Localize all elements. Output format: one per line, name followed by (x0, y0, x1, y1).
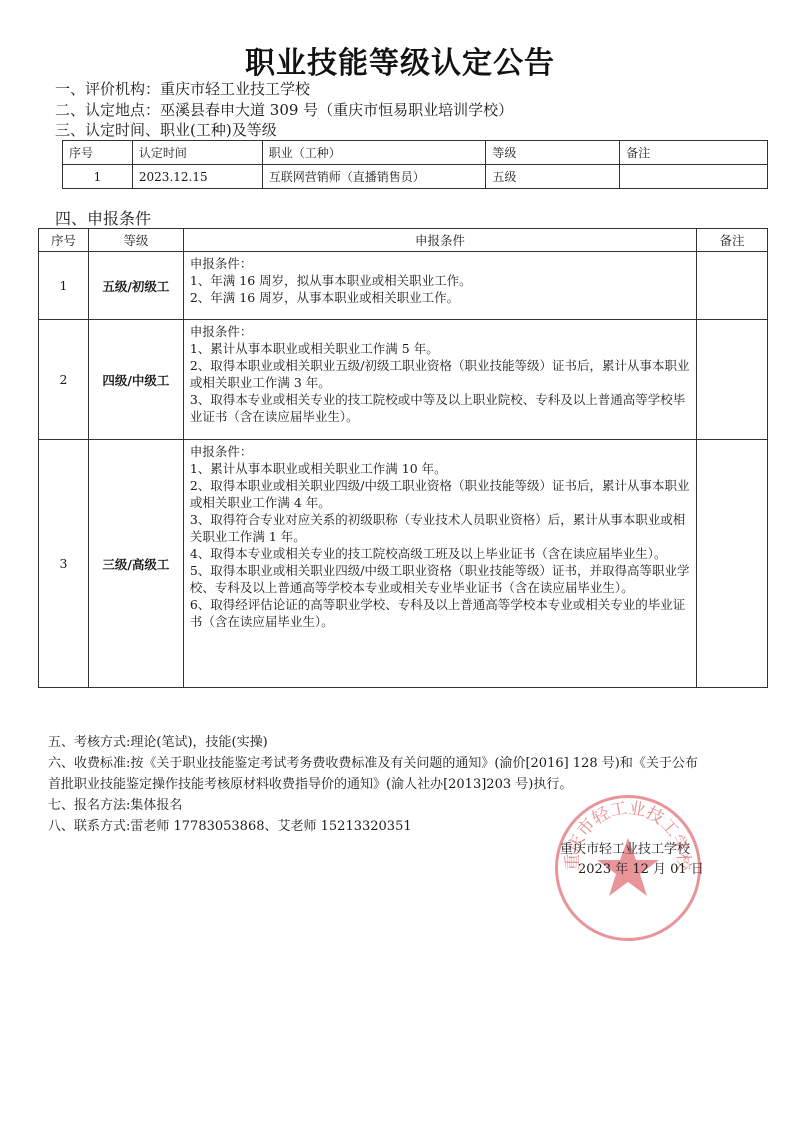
requirements-table: 序号 等级 申报条件 备注 1 五级/初级工 申报条件： 1、年满 16 周岁，… (38, 228, 768, 688)
cell-level: 三级/高级工 (88, 440, 183, 688)
cell-note (620, 165, 768, 189)
table-row: 1 2023.12.15 互联网营销师（直播销售员） 五级 (63, 165, 768, 189)
table-row: 1 五级/初级工 申报条件： 1、年满 16 周岁，拟从事本职业或相关职业工作。… (39, 252, 768, 320)
signature-org: 重庆市轻工业技工学校 (560, 838, 690, 857)
requirement-item: 3、取得符合专业对应关系的初级职称（专业技术人员职业资格）后，累计从事本职业或相… (190, 511, 690, 545)
requirement-item: 2、年满 16 周岁，从事本职业或相关职业工作。 (190, 289, 690, 306)
header-occupation: 职业（工种） (262, 141, 486, 165)
requirement-item: 5、取得本职业或相关职业四级/中级工职业资格（职业技能等级）证书，并取得高等职业… (190, 562, 690, 596)
cell-date: 2023.12.15 (132, 165, 262, 189)
section-registration: 七、报名方法:集体报名 (48, 795, 182, 816)
table-row: 2 四级/中级工 申报条件： 1、累计从事本职业或相关职业工作满 5 年。 2、… (39, 320, 768, 440)
requirements-intro: 申报条件： (190, 443, 690, 460)
requirements-intro: 申报条件： (190, 323, 690, 340)
requirements-intro: 申报条件： (190, 255, 690, 272)
section-contact: 八、联系方式:雷老师 17783053868、艾老师 15213320351 (48, 816, 412, 837)
cell-requirements: 申报条件： 1、累计从事本职业或相关职业工作满 10 年。 2、取得本职业或相关… (183, 440, 696, 688)
requirement-item: 1、年满 16 周岁，拟从事本职业或相关职业工作。 (190, 272, 690, 289)
requirement-item: 1、累计从事本职业或相关职业工作满 5 年。 (190, 340, 690, 357)
header-date: 认定时间 (132, 141, 262, 165)
section-location: 二、认定地点：巫溪县春申大道 309 号（重庆市恒易职业培训学校） (55, 99, 513, 120)
document-title: 职业技能等级认定公告 (0, 38, 800, 82)
cell-no: 3 (39, 440, 89, 688)
header-requirements: 申报条件 (183, 229, 696, 252)
cell-no: 1 (39, 252, 89, 320)
header-level: 等级 (486, 141, 620, 165)
cell-no: 1 (63, 165, 133, 189)
section-time-occupation: 三、认定时间、职业(工种)及等级 (55, 119, 277, 140)
header-no: 序号 (63, 141, 133, 165)
signature-date: 2023 年 12 月 01 日 (578, 858, 704, 877)
requirement-item: 1、累计从事本职业或相关职业工作满 10 年。 (190, 460, 690, 477)
cell-level: 五级/初级工 (88, 252, 183, 320)
cell-note (697, 252, 768, 320)
header-note: 备注 (620, 141, 768, 165)
header-level: 等级 (88, 229, 183, 252)
schedule-table-header: 序号 认定时间 职业（工种） 等级 备注 (63, 141, 768, 165)
section-evaluator: 一、评价机构：重庆市轻工业技工学校 (55, 78, 310, 99)
table-row: 3 三级/高级工 申报条件： 1、累计从事本职业或相关职业工作满 10 年。 2… (39, 440, 768, 688)
cell-no: 2 (39, 320, 89, 440)
cell-requirements: 申报条件： 1、累计从事本职业或相关职业工作满 5 年。 2、取得本职业或相关职… (183, 320, 696, 440)
section-fees-line1: 六、收费标准:按《关于职业技能鉴定考试考务费收费标准及有关问题的通知》(渝价[2… (48, 753, 698, 774)
section-requirements: 四、申报条件 (55, 206, 151, 229)
requirement-item: 2、取得本职业或相关职业五级/初级工职业资格（职业技能等级）证书后，累计从事本职… (190, 357, 690, 391)
header-note: 备注 (697, 229, 768, 252)
requirement-item: 2、取得本职业或相关职业四级/中级工职业资格（职业技能等级）证书后，累计从事本职… (190, 477, 690, 511)
schedule-table: 序号 认定时间 职业（工种） 等级 备注 1 2023.12.15 互联网营销师… (62, 140, 768, 189)
requirement-item: 4、取得本专业或相关专业的技工院校高级工班及以上毕业证书（含在读应届毕业生）。 (190, 545, 690, 562)
cell-note (697, 320, 768, 440)
cell-level: 五级 (486, 165, 620, 189)
cell-note (697, 440, 768, 688)
header-no: 序号 (39, 229, 89, 252)
requirement-item: 3、取得本专业或相关专业的技工院校或中等及以上职业院校、专科及以上普通高等学校毕… (190, 391, 690, 425)
requirements-table-header: 序号 等级 申报条件 备注 (39, 229, 768, 252)
section-assessment: 五、考核方式:理论(笔试)，技能(实操) (48, 732, 268, 753)
cell-requirements: 申报条件： 1、年满 16 周岁，拟从事本职业或相关职业工作。 2、年满 16 … (183, 252, 696, 320)
requirement-item: 6、取得经评估论证的高等职业学校、专科及以上普通高等学校本专业或相关专业的毕业证… (190, 596, 690, 630)
section-fees-line2: 首批职业技能鉴定操作技能考核原材料收费指导价的通知》(渝人社办[2013]203… (48, 774, 572, 795)
cell-level: 四级/中级工 (88, 320, 183, 440)
cell-occupation: 互联网营销师（直播销售员） (262, 165, 486, 189)
